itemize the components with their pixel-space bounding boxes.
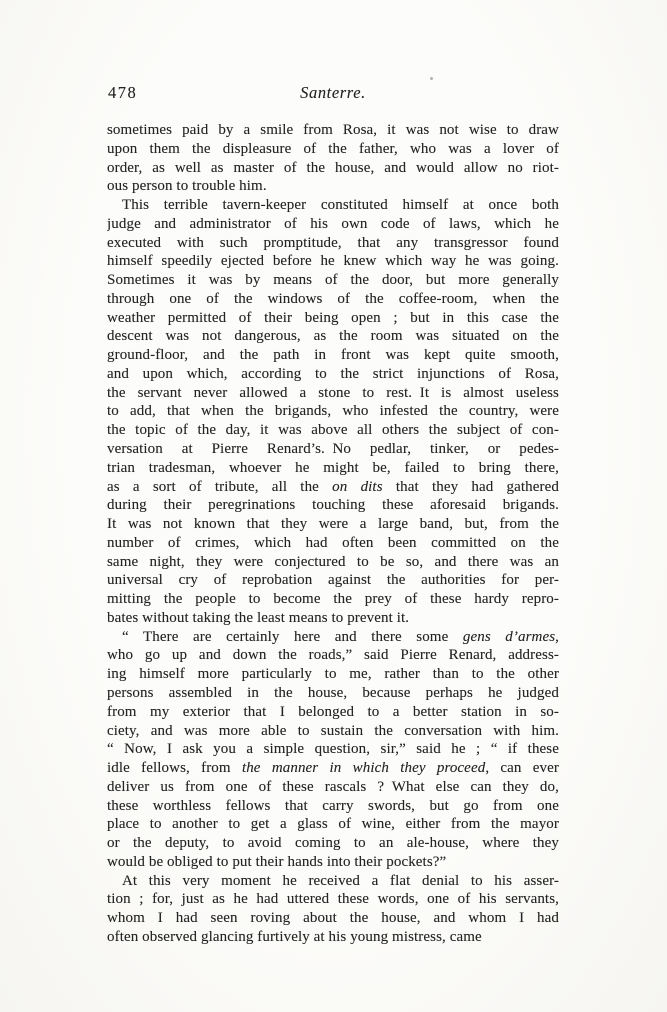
text-line: “ Now, I ask you a simple question, sir,… <box>107 740 559 759</box>
text-line: ous person to trouble him. <box>107 177 559 196</box>
text-line: during their peregrinations touching the… <box>107 496 559 515</box>
text-line: descent was not dangerous, as the room w… <box>107 327 559 346</box>
text-line: to add, that when the brigands, who infe… <box>107 402 559 421</box>
book-page: 478 Santerre. sometimes paid by a smile … <box>0 0 667 1012</box>
text-line: same night, they were conjectured to be … <box>107 553 559 572</box>
text-line: This terrible tavern-keeper constituted … <box>107 196 559 215</box>
text-line: through one of the windows of the coffee… <box>107 290 559 309</box>
text-line: as a sort of tribute, all the on dits th… <box>107 478 559 497</box>
text-line: from my exterior that I belonged to a be… <box>107 703 559 722</box>
text-line: often observed glancing furtively at his… <box>107 928 559 947</box>
text-line: executed with such promptitude, that any… <box>107 234 559 253</box>
text-line: weather permitted of their being open ; … <box>107 309 559 328</box>
text-line: number of crimes, which had often been c… <box>107 534 559 553</box>
text-line: idle fellows, from the manner in which t… <box>107 759 559 778</box>
text-line: the topic of the day, it was above all o… <box>107 421 559 440</box>
text-line: trian tradesman, whoever he might be, fa… <box>107 459 559 478</box>
paragraph: This terrible tavern-keeper constituted … <box>107 196 559 628</box>
text-line: mitting the people to become the prey of… <box>107 590 559 609</box>
text-line: It was not known that they were a large … <box>107 515 559 534</box>
text-line: tion ; for, just as he had uttered these… <box>107 890 559 909</box>
text-line: ing himself more particularly to me, rat… <box>107 665 559 684</box>
text-line: judge and administrator of his own code … <box>107 215 559 234</box>
page-header: 478 Santerre. <box>107 83 559 105</box>
text-line: whom I had seen roving about the house, … <box>107 909 559 928</box>
running-title: Santerre. <box>107 83 559 103</box>
text-line: the servant never allowed a stone to res… <box>107 384 559 403</box>
text-line: bates without taking the least means to … <box>107 609 559 628</box>
paragraph: sometimes paid by a smile from Rosa, it … <box>107 121 559 196</box>
text-line: these worthless fellows that carry sword… <box>107 797 559 816</box>
text-line: himself speedily ejected before he knew … <box>107 252 559 271</box>
text-line: place to another to get a glass of wine,… <box>107 815 559 834</box>
text-line: “ There are certainly here and there som… <box>107 628 559 647</box>
scan-speck <box>430 77 433 80</box>
text-line: would be obliged to put their hands into… <box>107 853 559 872</box>
text-line: upon them the displeasure of the father,… <box>107 140 559 159</box>
text-line: versation at Pierre Renard’s. No pedlar,… <box>107 440 559 459</box>
text-line: deliver us from one of these rascals ? W… <box>107 778 559 797</box>
paragraph: “ There are certainly here and there som… <box>107 628 559 872</box>
text-line: and upon which, according to the strict … <box>107 365 559 384</box>
text-line: Sometimes it was by means of the door, b… <box>107 271 559 290</box>
text-line: ciety, and was more able to sustain the … <box>107 722 559 741</box>
text-line: order, as well as master of the house, a… <box>107 159 559 178</box>
text-line: or the deputy, to avoid coming to an ale… <box>107 834 559 853</box>
text-line: who go up and down the roads,” said Pier… <box>107 646 559 665</box>
text-line: sometimes paid by a smile from Rosa, it … <box>107 121 559 140</box>
paragraph: At this very moment he received a flat d… <box>107 872 559 947</box>
text-line: universal cry of reprobation against the… <box>107 571 559 590</box>
text-line: ground-floor, and the path in front was … <box>107 346 559 365</box>
text-line: persons assembled in the house, because … <box>107 684 559 703</box>
text-column: sometimes paid by a smile from Rosa, it … <box>107 121 559 947</box>
text-line: At this very moment he received a flat d… <box>107 872 559 891</box>
